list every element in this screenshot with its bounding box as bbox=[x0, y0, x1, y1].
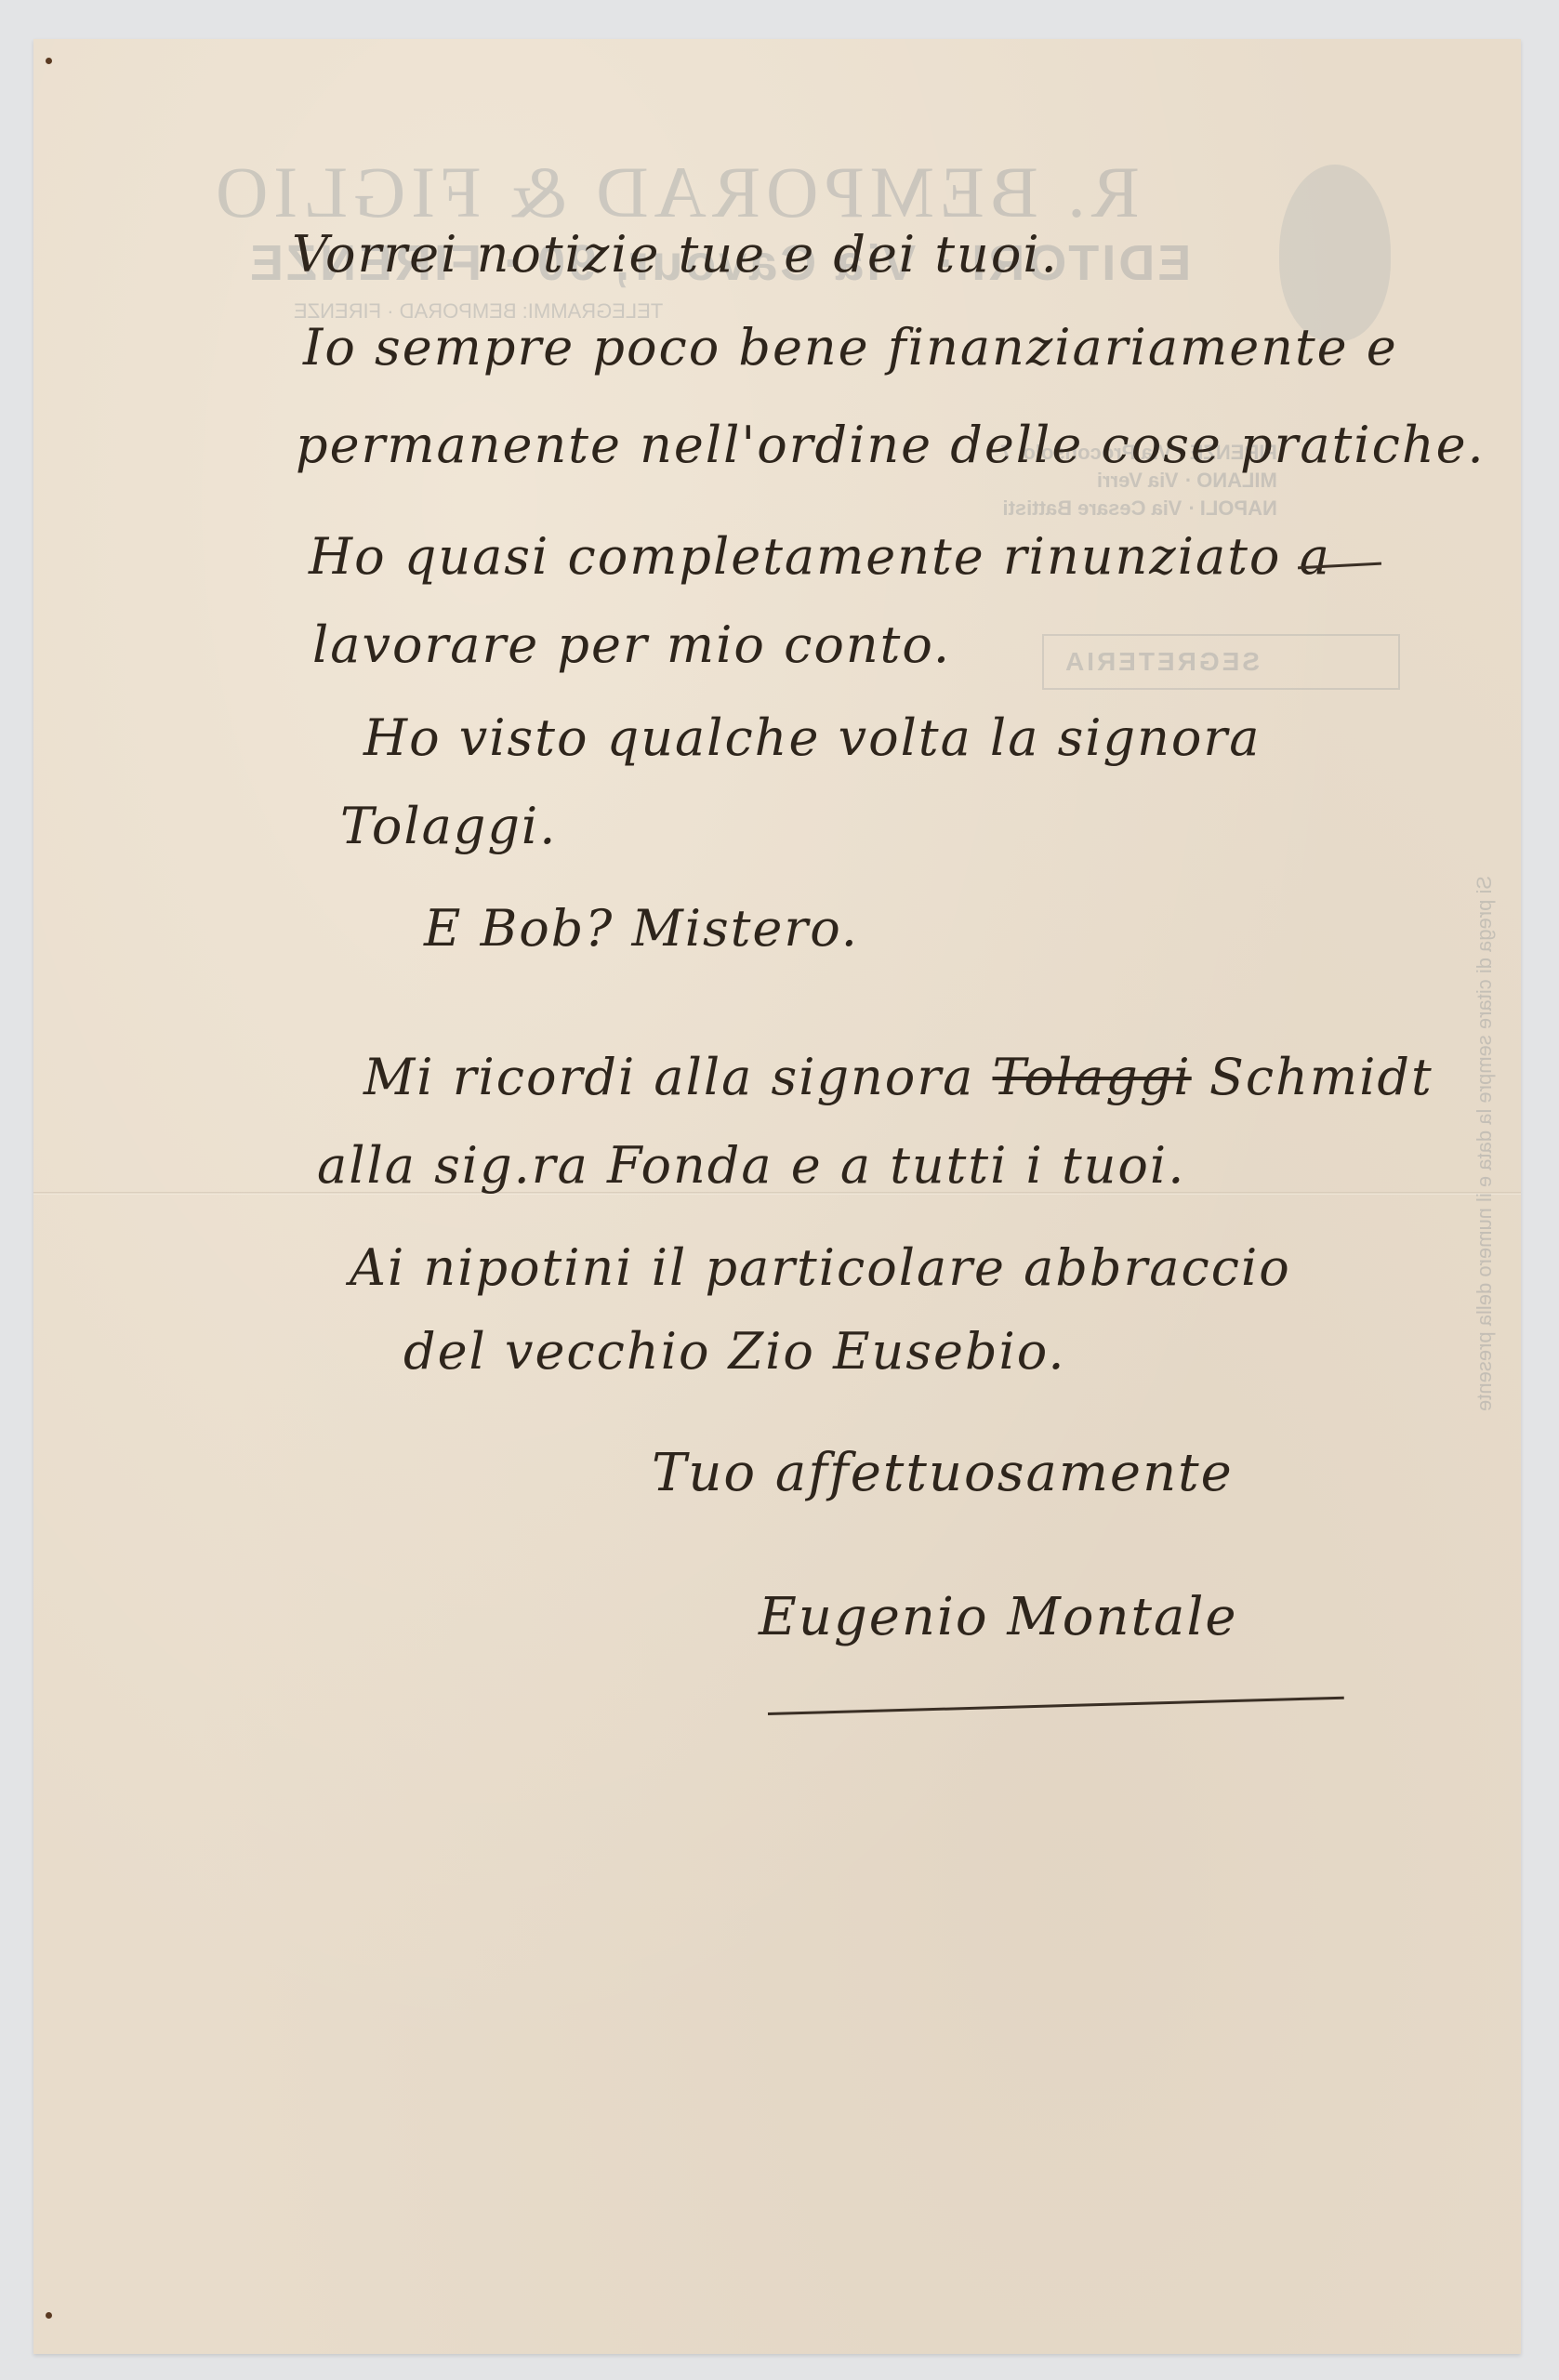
letter-line: permanente nell'ordine delle cose pratic… bbox=[296, 416, 1486, 474]
pin-hole-bottom bbox=[46, 2312, 52, 2319]
letter-line: Ho visto qualche volta la signora bbox=[363, 708, 1261, 767]
letter-line: Tolaggi. bbox=[340, 797, 557, 855]
closing: Tuo affettuosamente bbox=[652, 1443, 1234, 1503]
line-text: Schmidt bbox=[1192, 1048, 1433, 1106]
letter-line: Vorrei notizie tue e dei tuoi. bbox=[292, 225, 1059, 284]
scan-background: R. BEMPORAD & FIGLIO EDITORI · Via Cavou… bbox=[0, 0, 1559, 2380]
line-text: Mi ricordi alla signora bbox=[363, 1048, 993, 1106]
letter-line: lavorare per mio conto. bbox=[312, 615, 951, 674]
stamp-label: SEGRETERIA bbox=[1063, 647, 1260, 677]
letter-line: del vecchio Zio Eusebio. bbox=[403, 1322, 1066, 1381]
signature: Eugenio Montale bbox=[759, 1587, 1238, 1647]
crest-showthrough-icon bbox=[1279, 165, 1391, 341]
letter-sheet: R. BEMPORAD & FIGLIO EDITORI · Via Cavou… bbox=[33, 39, 1521, 2354]
letter-line: alla sig.ra Fonda e a tutti i tuoi. bbox=[317, 1136, 1185, 1195]
pin-hole-top bbox=[46, 58, 52, 64]
struck-word: Tolaggi bbox=[993, 1048, 1192, 1106]
letter-line-with-correction: Mi ricordi alla signora Tolaggi Schmidt bbox=[363, 1048, 1433, 1106]
branch-line: NAPOLI · Via Cesare Battisti bbox=[1000, 495, 1277, 522]
letter-line: Ho quasi completamente rinunziato a bbox=[309, 527, 1331, 586]
letterhead-name: R. BEMPORAD & FIGLIO bbox=[210, 151, 1140, 234]
vertical-margin-note: Si prega di citare sempre la data e il n… bbox=[1473, 876, 1497, 1411]
letter-line: Ai nipotini il particolare abbraccio bbox=[350, 1238, 1291, 1297]
signature-underline bbox=[768, 1697, 1344, 1715]
letter-line: E Bob? Mistero. bbox=[424, 899, 859, 958]
segreteria-stamp: SEGRETERIA bbox=[1042, 634, 1400, 690]
letter-line: Io sempre poco bene finanziariamente e bbox=[303, 318, 1398, 377]
